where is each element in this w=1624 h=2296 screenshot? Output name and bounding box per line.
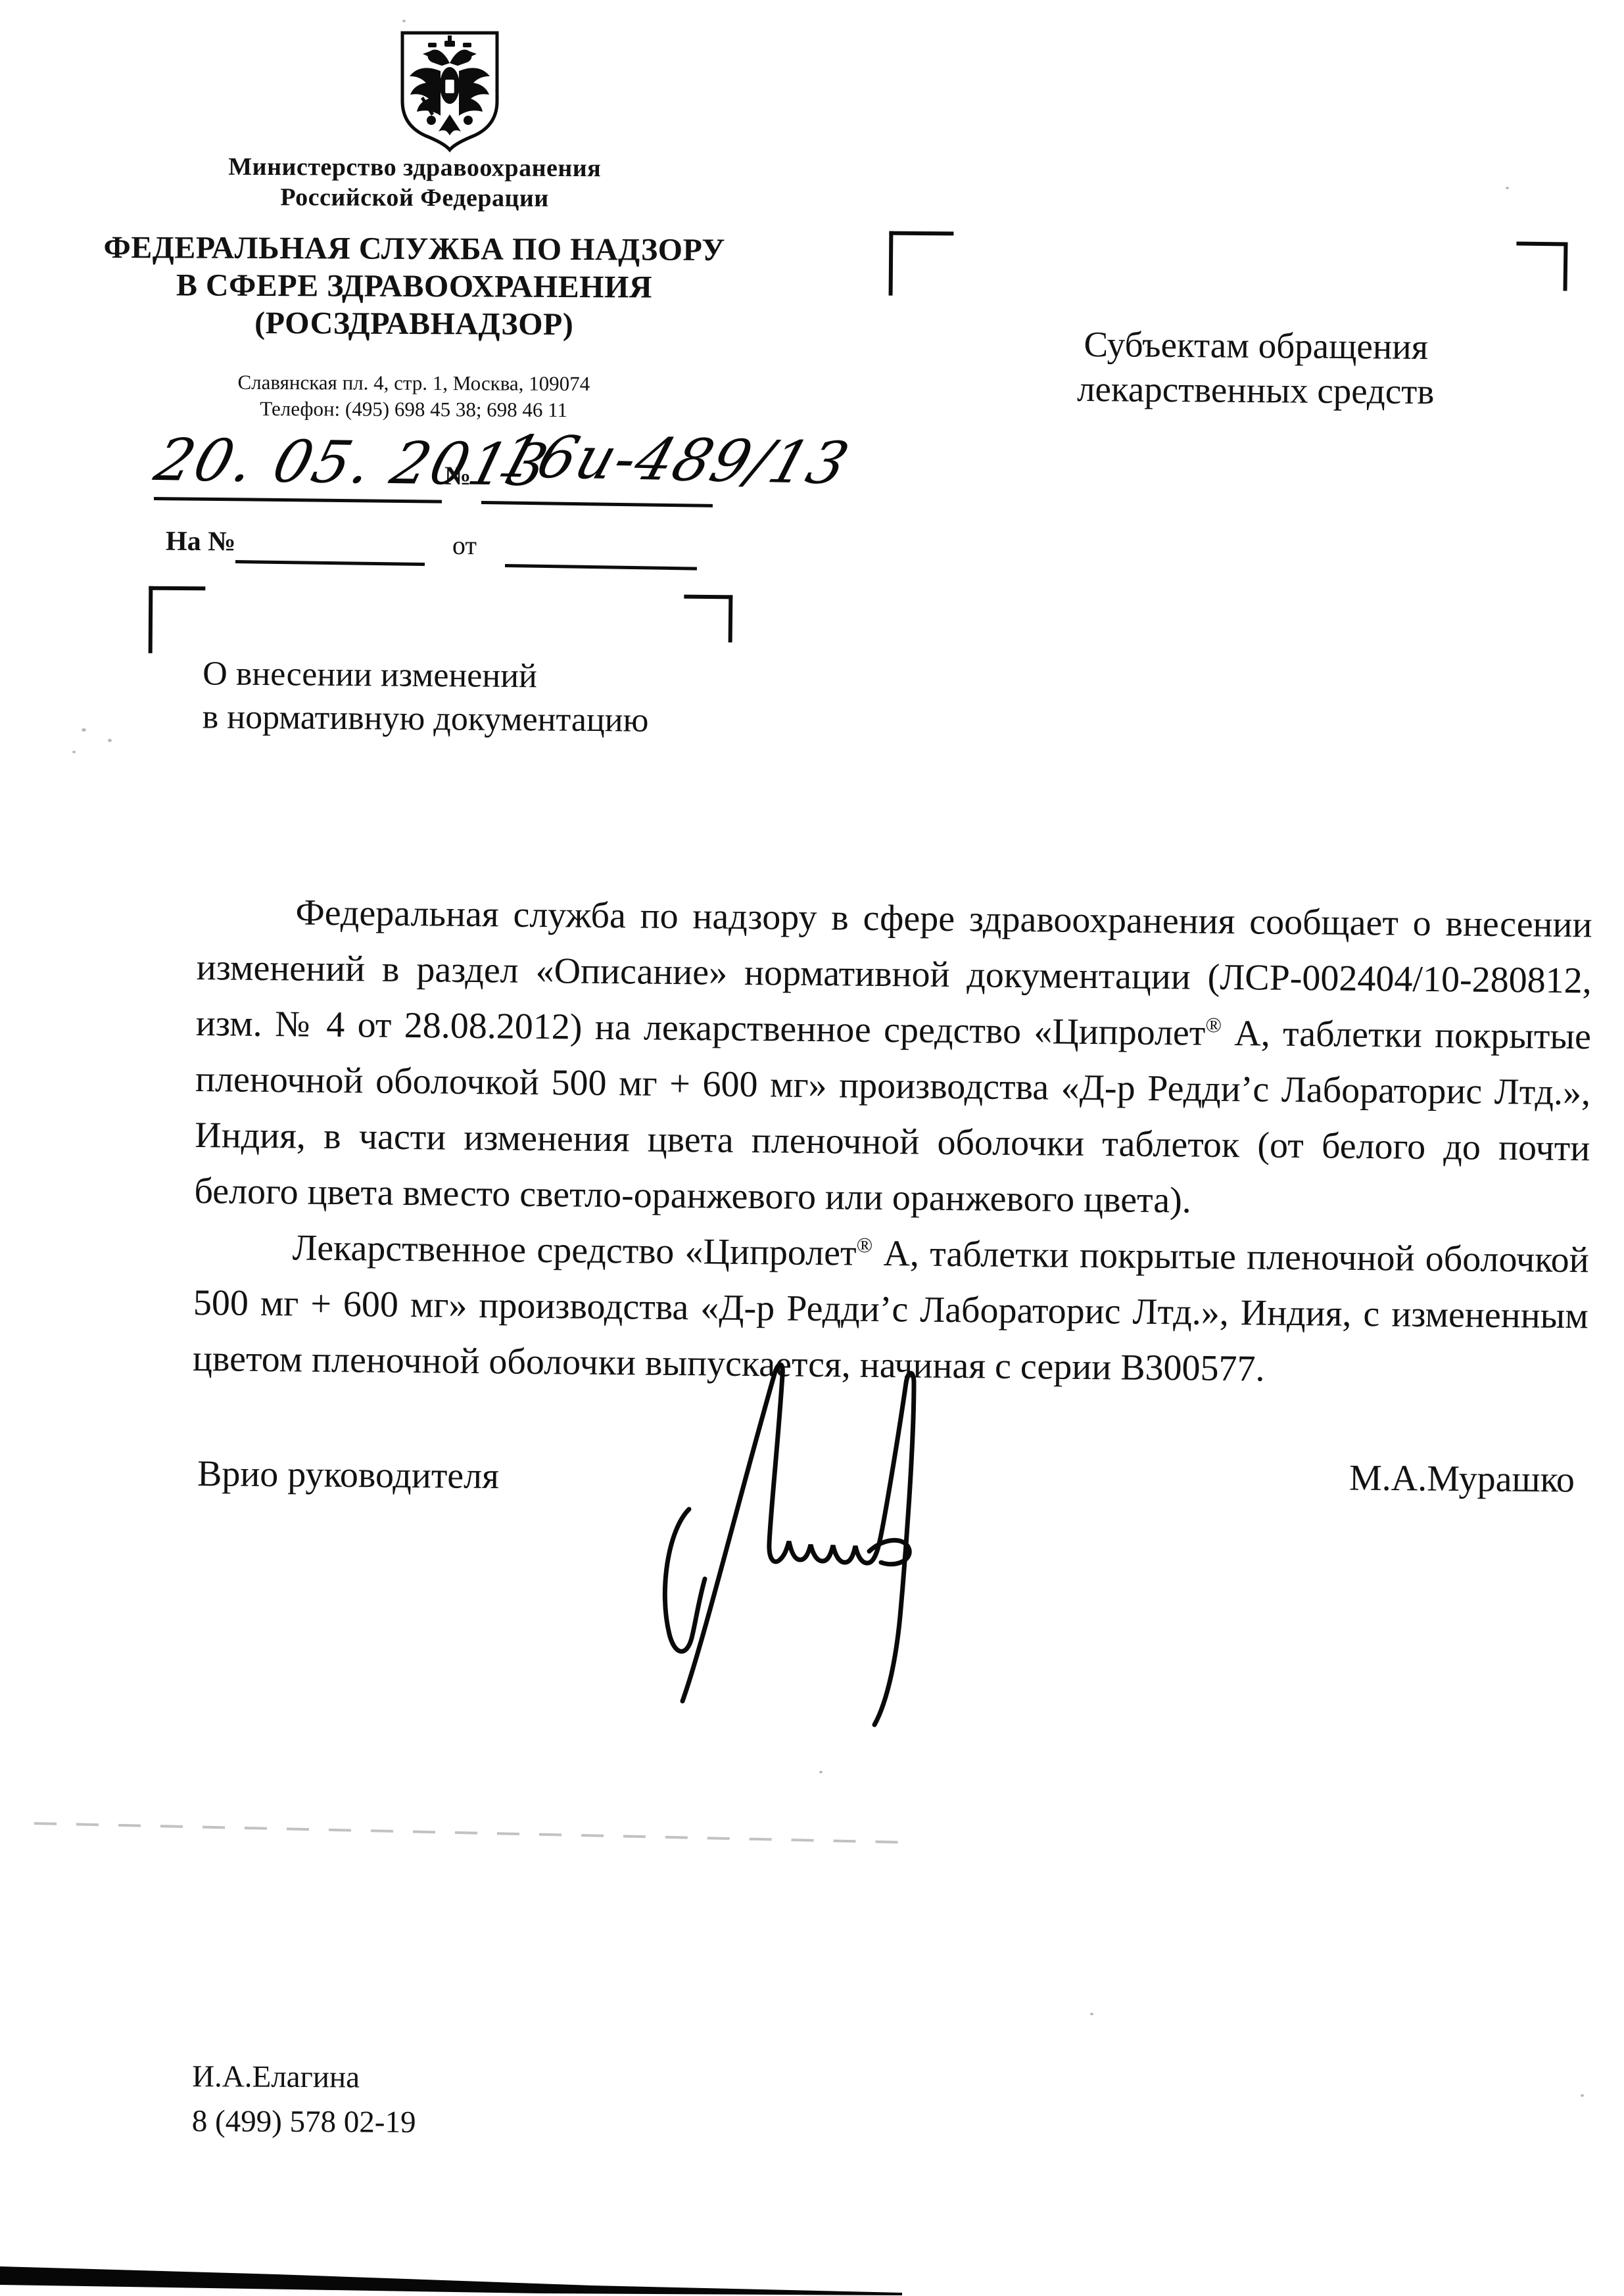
letterhead-address: Славянская пл. 4, стр. 1, Москва, 109074 <box>12 368 815 398</box>
number-sign: № <box>444 460 471 491</box>
corner-mark-bottom-left <box>149 586 206 654</box>
handwritten-signature <box>605 1333 960 1727</box>
number-blank-line <box>481 501 713 507</box>
reply-to-label: На № <box>166 526 236 558</box>
body-paragraph-1: Федеральная служба по надзору в сфере зд… <box>194 884 1592 1232</box>
subject-block: О внесении изменений в нормативную докум… <box>202 652 649 742</box>
paragraph2-text: Лекарственное средство «Ципролет <box>292 1227 856 1273</box>
scan-speck <box>1090 2013 1093 2015</box>
reply-number-blank-line <box>235 560 425 566</box>
reply-date-blank-line <box>505 564 697 571</box>
scan-speck <box>819 1771 823 1773</box>
faint-separator-line <box>34 1822 901 1844</box>
handwritten-outgoing-number: 16и-489/13 <box>492 422 857 497</box>
addressee-line2: лекарственных средств <box>1038 366 1473 414</box>
subject-line2: в нормативную документацию <box>202 695 648 742</box>
addressee-line1: Субъектам обращения <box>1039 321 1473 369</box>
service-name: ФЕДЕРАЛЬНАЯ СЛУЖБА ПО НАДЗОРУ В СФЕРЕ ЗД… <box>13 228 816 344</box>
corner-mark-bottom-right <box>684 595 733 643</box>
corner-mark-top-right <box>1516 241 1567 291</box>
scan-speck <box>402 20 406 22</box>
letter-body: Федеральная служба по надзору в сфере зд… <box>193 884 1592 1400</box>
scan-speck <box>1506 187 1509 189</box>
scan-speck <box>72 751 76 753</box>
executor-contact-block: И.А.Елагина 8 (499) 578 02-19 <box>192 2054 416 2145</box>
executor-name: И.А.Елагина <box>192 2054 416 2100</box>
letterhead-phone: Телефон: (495) 698 45 38; 698 46 11 <box>12 394 815 424</box>
registered-trademark-symbol: ® <box>1205 1014 1222 1037</box>
reply-from-label: от <box>452 530 477 561</box>
letterhead-contacts: Славянская пл. 4, стр. 1, Москва, 109074… <box>12 368 815 424</box>
executor-phone: 8 (499) 578 02-19 <box>192 2099 416 2145</box>
subject-line1: О внесении изменений <box>203 652 649 699</box>
russian-coat-of-arms-icon <box>396 28 503 152</box>
date-blank-line <box>154 497 442 504</box>
ministry-name-line2: Российской Федерации <box>14 181 816 214</box>
scan-speck <box>82 728 86 732</box>
corner-mark-top-left <box>889 231 954 296</box>
service-name-line2: В СФЕРЕ ЗДРАВООХРАНЕНИЯ <box>13 266 815 306</box>
letterhead: Министерство здравоохранения Российской … <box>12 151 816 424</box>
ministry-name-line1: Министерство здравоохранения <box>14 151 816 184</box>
scan-speck <box>108 739 112 742</box>
service-name-line1: ФЕДЕРАЛЬНАЯ СЛУЖБА ПО НАДЗОРУ <box>13 228 815 269</box>
scan-speck <box>1581 2094 1584 2097</box>
scanned-letter-page: Министерство здравоохранения Российской … <box>0 0 1624 2296</box>
signer-name: М.А.Мурашко <box>1349 1457 1575 1501</box>
addressee-block: Субъектам обращения лекарственных средст… <box>1038 321 1473 414</box>
service-name-line3: (РОСЗДРАВНАДЗОР) <box>13 303 815 344</box>
signer-position-title: Врио руководителя <box>197 1453 499 1497</box>
registered-trademark-symbol-2: ® <box>856 1234 872 1257</box>
